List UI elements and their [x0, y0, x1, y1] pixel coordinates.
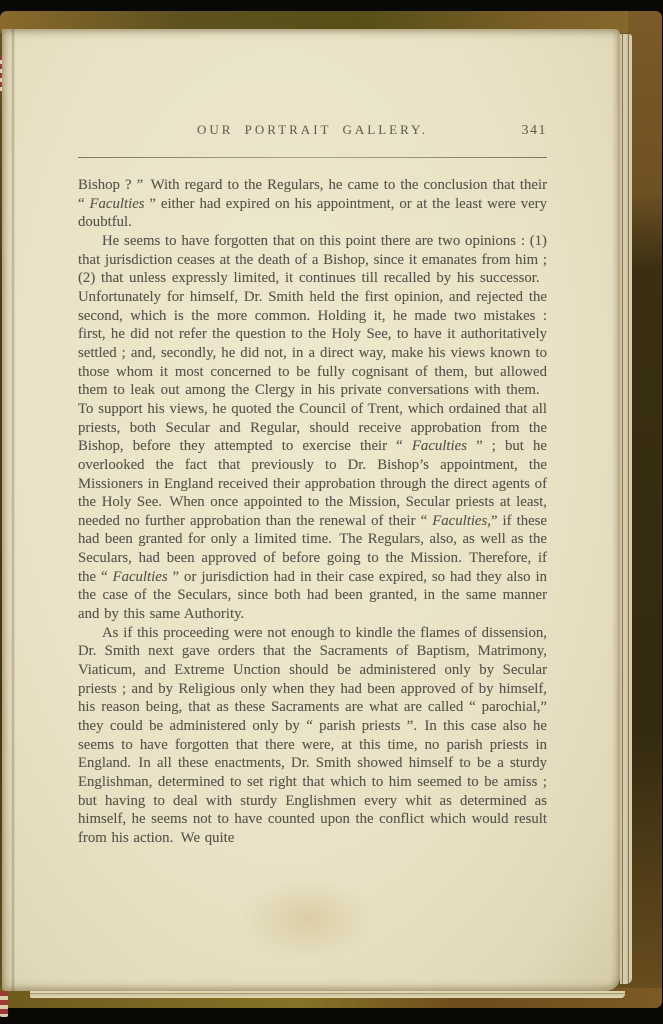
- italic-text: Faculties: [113, 569, 168, 585]
- running-header: OUR PORTRAIT GALLERY. 341: [78, 122, 547, 141]
- italic-text: Faculties: [432, 513, 487, 529]
- page-stain: [242, 879, 372, 959]
- paragraph: He seems to have forgotten that on this …: [78, 232, 547, 624]
- printed-text-area: OUR PORTRAIT GALLERY. 341 Bishop ? ” Wit…: [78, 122, 547, 848]
- body-text: ” either had expired on his appointment,…: [78, 196, 547, 231]
- gutter-crease: [11, 29, 15, 991]
- book-page: OUR PORTRAIT GALLERY. 341 Bishop ? ” Wit…: [2, 29, 620, 991]
- paragraph: As if this proceeding were not enough to…: [78, 624, 547, 848]
- body-text: As if this proceeding were not enough to…: [78, 625, 547, 846]
- book-cover-fore-edge: [628, 11, 662, 1008]
- body-text: He seems to have forgotten that on this …: [78, 233, 547, 454]
- header-rule: [78, 157, 547, 158]
- paragraph: Bishop ? ” With regard to the Regulars, …: [78, 176, 547, 232]
- page-body: Bishop ? ” With regard to the Regulars, …: [78, 176, 547, 848]
- italic-text: Faculties: [412, 438, 467, 454]
- book-scan: OUR PORTRAIT GALLERY. 341 Bishop ? ” Wit…: [0, 0, 663, 1024]
- running-title: OUR PORTRAIT GALLERY.: [78, 122, 547, 138]
- headband-bottom: [0, 991, 8, 1017]
- page-edge-stack-bottom: [30, 991, 625, 998]
- italic-text: Faculties: [89, 196, 144, 212]
- page-number: 341: [522, 123, 548, 139]
- page-edge-stack-right: [620, 34, 632, 984]
